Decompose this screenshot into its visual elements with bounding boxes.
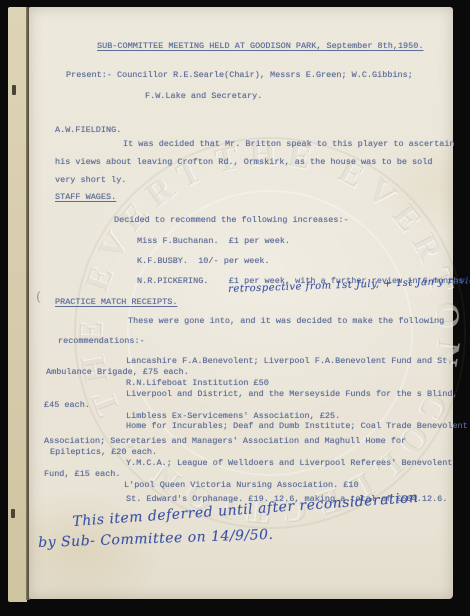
typed-line: STAFF WAGES. xyxy=(55,192,116,202)
typed-line: L'pool Queen Victoria Nursing Associatio… xyxy=(124,480,359,490)
typed-line: Fund, £15 each. xyxy=(44,469,121,479)
scanned-document: THE EVERTON COLLECTION · THE EVERTON COL… xyxy=(0,0,470,616)
pencil-mark: ( xyxy=(36,290,41,305)
typed-line: Limbless Ex-Servicemens' Association, £2… xyxy=(126,411,340,421)
typed-line: It was decided that Mr. Britton speak to… xyxy=(123,139,455,149)
typed-line: These were gone into, and it was decided… xyxy=(128,316,444,326)
typed-line: £45 each. xyxy=(44,400,90,410)
text-layer: SUB-COMMITTEE MEETING HELD AT GOODISON P… xyxy=(0,0,470,616)
typed-line: SUB-COMMITTEE MEETING HELD AT GOODISON P… xyxy=(97,41,423,51)
typed-line: Association; Secretaries and Managers' A… xyxy=(44,436,406,446)
typed-line: R.N.Lifeboat Institution £50 xyxy=(126,378,269,388)
typed-line: F.W.Lake and Secretary. xyxy=(145,91,262,101)
typed-line: Miss F.Buchanan. £1 per week. xyxy=(137,236,290,246)
typed-line: A.W.FIELDING. xyxy=(55,125,121,135)
typed-line: Decided to recommend the following incre… xyxy=(114,215,349,225)
typed-line: PRACTICE MATCH RECEIPTS. xyxy=(55,297,177,307)
typed-line: very short ly. xyxy=(55,175,126,185)
typed-line: Home for Incurables; Deaf and Dumb Insti… xyxy=(126,421,468,431)
typed-line: Y.M.C.A.; League of Welldoers and Liverp… xyxy=(126,458,452,468)
typed-line: Ambulance Brigade, £75 each. xyxy=(46,367,189,377)
typed-line: recommendations:- xyxy=(58,336,145,346)
typed-line: K.F.BUSBY. 10/- per week. xyxy=(137,256,270,266)
typed-line: Lancashire F.A.Benevolent; Liverpool F.A… xyxy=(126,356,452,366)
typed-line: Present:- Councillor R.E.Searle(Chair), … xyxy=(66,70,413,80)
typed-line: Epileptics, £20 each. xyxy=(50,447,157,457)
typed-line: his views about leaving Crofton Rd., Orm… xyxy=(55,157,432,167)
typed-line: Liverpool and District, and the Merseysi… xyxy=(126,389,458,399)
handwritten-note: by Sub- Committee on 14/9/50. xyxy=(38,527,274,551)
